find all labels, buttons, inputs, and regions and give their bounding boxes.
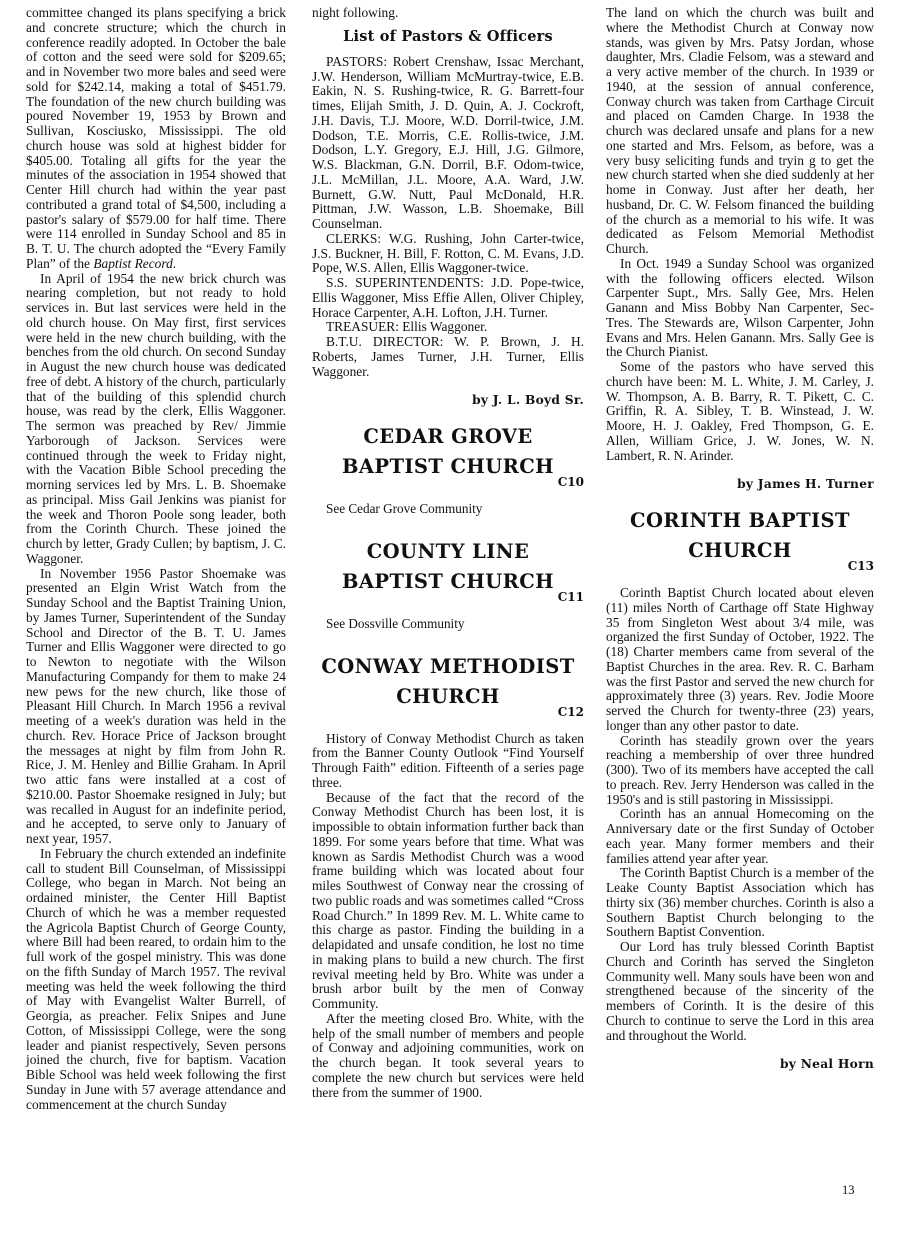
church-title: CEDAR GROVE BAPTIST CHURCH bbox=[312, 422, 584, 482]
corinth-section: CORINTH BAPTIST CHURCH C13 Corinth Bapti… bbox=[606, 506, 874, 1072]
byline: by Neal Horn bbox=[606, 1057, 874, 1072]
paragraph: Corinth has an annual Homecoming on the … bbox=[606, 807, 874, 866]
cross-reference: See Dossville Community bbox=[326, 617, 584, 632]
church-title: CONWAY METHODIST CHURCH bbox=[312, 652, 584, 712]
church-title-line: BAPTIST CHURCH bbox=[312, 567, 584, 597]
paragraph: Corinth Baptist Church located about ele… bbox=[606, 586, 874, 734]
officers-clerks: CLERKS: W.G. Rushing, John Carter-twice,… bbox=[312, 232, 584, 276]
officers-btu-director: B.T.U. DIRECTOR: W. P. Brown, J. H. Robe… bbox=[312, 335, 584, 379]
byline: by James H. Turner bbox=[606, 477, 874, 492]
church-title: COUNTY LINE BAPTIST CHURCH bbox=[312, 537, 584, 597]
paragraph: The Corinth Baptist Church is a member o… bbox=[606, 866, 874, 940]
officers-superintendents: S.S. SUPERINTENDENTS: J.D. Pope-twice, E… bbox=[312, 276, 584, 320]
paragraph: The land on which the church was built a… bbox=[606, 6, 874, 257]
paragraph: Corinth has steadily grown over the year… bbox=[606, 734, 874, 808]
church-title-line: BAPTIST CHURCH bbox=[312, 452, 584, 482]
byline: by J. L. Boyd Sr. bbox=[312, 393, 584, 408]
punctuation: . bbox=[173, 256, 176, 271]
publication-title: Baptist Record bbox=[93, 256, 172, 271]
paragraph: After the meeting closed Bro. White, wit… bbox=[312, 1012, 584, 1101]
paragraph: Our Lord has truly blessed Corinth Bapti… bbox=[606, 940, 874, 1043]
county-line-section: COUNTY LINE BAPTIST CHURCH C11 See Dossv… bbox=[312, 537, 584, 632]
conway-section: CONWAY METHODIST CHURCH C12 History of C… bbox=[312, 652, 584, 1101]
church-title-line: CEDAR GROVE bbox=[312, 422, 584, 452]
paragraph: In Oct. 1949 a Sunday School was orga­ni… bbox=[606, 257, 874, 360]
paragraph: In November 1956 Pastor Shoemake was pre… bbox=[26, 567, 286, 847]
officers-treasurer: TREASUER: Ellis Waggoner. bbox=[312, 320, 584, 335]
church-title-line: CORINTH BAPTIST bbox=[606, 506, 874, 536]
middle-column: night following. List of Pastors & Offic… bbox=[312, 6, 584, 1100]
church-title: CORINTH BAPTIST CHURCH bbox=[606, 506, 874, 566]
officers-pastors: PASTORS: Robert Crenshaw, Issac Mer­chan… bbox=[312, 55, 584, 232]
church-title-line: CONWAY METHODIST bbox=[312, 652, 584, 682]
paragraph: night following. bbox=[312, 6, 584, 21]
page-number: 13 bbox=[842, 1183, 855, 1198]
paragraph: Because of the fact that the record of t… bbox=[312, 791, 584, 1012]
paragraph-text: committee changed its plans specifying a… bbox=[26, 5, 286, 271]
paragraph: In April of 1954 the new brick church wa… bbox=[26, 272, 286, 567]
paragraph: In February the church extended an indef… bbox=[26, 847, 286, 1113]
left-column: committee changed its plans specifying a… bbox=[26, 6, 286, 1112]
cross-reference: See Cedar Grove Community bbox=[326, 502, 584, 517]
cedar-grove-section: CEDAR GROVE BAPTIST CHURCH C10 See Cedar… bbox=[312, 422, 584, 517]
paragraph: committee changed its plans specifying a… bbox=[26, 6, 286, 272]
paragraph: Some of the pastors who have served this… bbox=[606, 360, 874, 463]
church-title-line: COUNTY LINE bbox=[312, 537, 584, 567]
right-column: The land on which the church was built a… bbox=[606, 6, 874, 1086]
paragraph: History of Conway Methodist Church as ta… bbox=[312, 732, 584, 791]
officers-subheading: List of Pastors & Officers bbox=[312, 28, 584, 46]
